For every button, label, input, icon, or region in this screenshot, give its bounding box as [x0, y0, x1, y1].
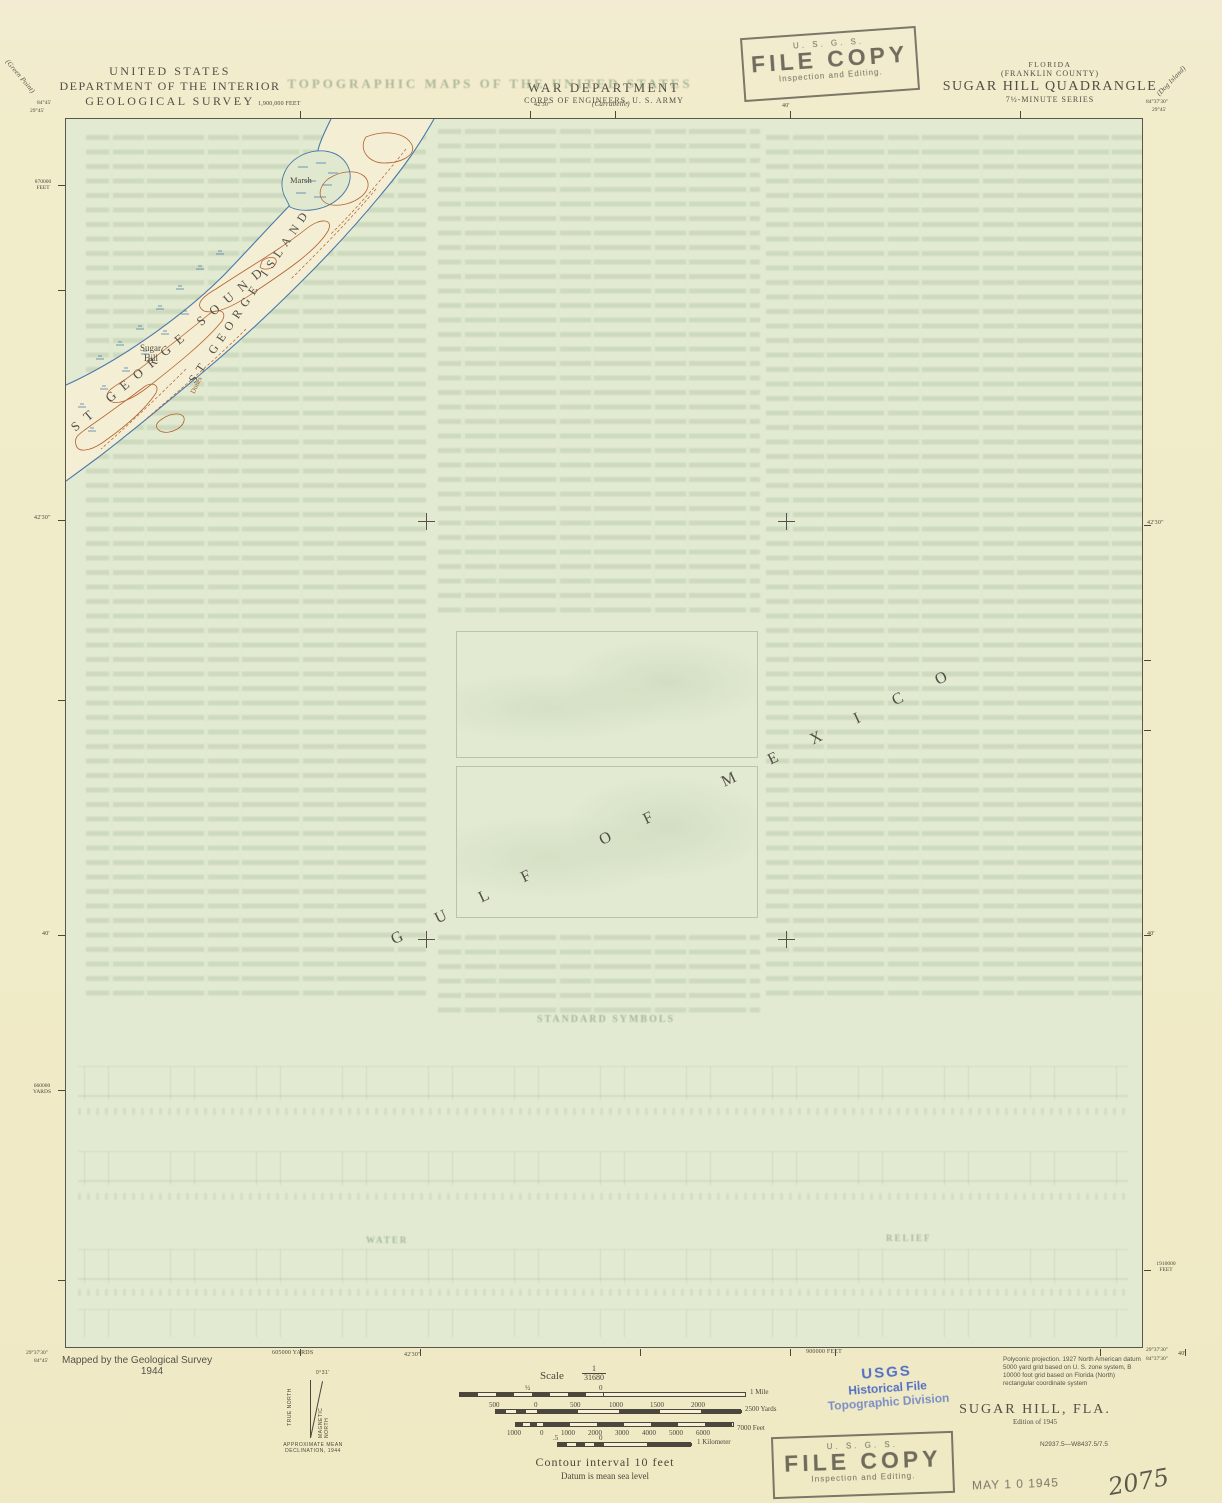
scale-bar-miles: [459, 1392, 746, 1397]
edge-tick: [58, 935, 65, 936]
scale-tick-label: 1000: [561, 1429, 575, 1437]
corner-coord: 29°37'30": [1146, 1347, 1168, 1353]
map-sheet: UNITED STATES DEPARTMENT OF THE INTERIOR…: [0, 0, 1222, 1503]
scale-tick-label: 4000: [642, 1429, 656, 1437]
state-label: FLORIDA: [940, 60, 1160, 69]
corner-coord: 29°45': [1152, 107, 1166, 113]
file-copy-stamp-top: U. S. G. S. FILE COPY Inspection and Edi…: [740, 26, 920, 102]
label-hill: Hill: [144, 353, 161, 363]
scale-end-label: 1 Kilometer: [697, 1438, 731, 1446]
bleedthrough-legend-row: [78, 1066, 1128, 1100]
quadrangle-title: SUGAR HILL QUADRANGLE: [940, 79, 1160, 95]
scale-tick-label: 0: [599, 1434, 603, 1442]
minute-label: 42'30": [34, 515, 51, 521]
minute-label: 40': [782, 103, 790, 109]
quad-title-block: FLORIDA (FRANKLIN COUNTY) SUGAR HILL QUA…: [940, 60, 1160, 104]
edge-tick: [1020, 111, 1021, 118]
edge-tick: [420, 1349, 421, 1356]
grid-label-left-feet: 870000 FEET: [24, 179, 62, 191]
projection-note: Polyconic projection. 1927 North America…: [1003, 1356, 1141, 1388]
mapped-by-credit: Mapped by the Geological Survey 1944: [62, 1355, 242, 1377]
stamp-line: FILE COPY: [774, 1447, 953, 1476]
scale-tick-label: ½: [525, 1384, 530, 1392]
grid-unit: FEET: [1146, 1267, 1186, 1273]
projection-line: 5000 yard grid based on U. S. zone syste…: [1003, 1364, 1141, 1372]
scale-numerator: 1: [582, 1365, 606, 1373]
adjoining-quad-carrabelle: (Carrabelle): [592, 100, 630, 108]
edge-tick: [790, 111, 791, 118]
true-north-label: TRUE NORTH: [287, 1388, 293, 1426]
minute-label: 42'30": [404, 1352, 421, 1358]
scale-tick-label: .5: [553, 1434, 558, 1442]
edge-tick: [615, 111, 616, 118]
mapped-by-line: Mapped by the Geological Survey: [62, 1355, 242, 1366]
corner-coord: 84°45': [37, 100, 51, 106]
declination-diagram: 0°31' TRUE NORTH MAGNETIC NORTH APPROXIM…: [280, 1368, 350, 1468]
edge-tick: [790, 1349, 791, 1356]
scale-tick-label: 2000: [691, 1401, 705, 1409]
county-label: (FRANKLIN COUNTY): [940, 69, 1160, 78]
map-body: STANDARD SYMBOLS WATER RELIEF: [65, 118, 1143, 1348]
declination-caption: APPROXIMATE MEAN DECLINATION, 1944: [258, 1442, 368, 1454]
projection-line: rectangular coordinate system: [1003, 1380, 1141, 1388]
datum-note: Datum is mean sea level: [470, 1471, 740, 1481]
handwritten-number: 2075: [1106, 1463, 1171, 1501]
edge-tick: [58, 1280, 65, 1281]
edge-tick: [1144, 1270, 1151, 1271]
edge-tick: [1144, 935, 1151, 936]
bleedthrough-legend-captions: [78, 1108, 1128, 1115]
scale-tick-label: 1500: [650, 1401, 664, 1409]
edge-tick: [1144, 660, 1151, 661]
graticule-cross: [418, 931, 435, 948]
bleedthrough-legend-row: [78, 1151, 1128, 1185]
corner-coord: 29°45': [30, 108, 44, 114]
scale-tick-label: 5000: [669, 1429, 683, 1437]
map-name-block: SUGAR HILL, FLA. Edition of 1945: [920, 1402, 1150, 1426]
edge-tick: [58, 185, 65, 186]
scale-denominator: 31680: [582, 1373, 606, 1382]
bleedthrough-legend-row: [78, 1249, 1128, 1283]
scale-word: Scale: [540, 1370, 564, 1382]
magnetic-north-label: MAGNETIC NORTH: [318, 1386, 330, 1438]
projection-line: 10000 foot grid based on Florida (North): [1003, 1372, 1141, 1380]
graticule-cross: [418, 513, 435, 530]
label-sugar-hill: Sugar Hill: [140, 343, 161, 363]
edge-tick: [835, 1349, 836, 1356]
corner-coord: 29°37'30": [26, 1350, 48, 1356]
minute-label: 40': [42, 931, 50, 937]
corner-coord: 84°37'30": [1146, 99, 1168, 105]
bleedthrough-relief-heading: RELIEF: [886, 1233, 932, 1243]
scale-bar-kilometer: [557, 1442, 691, 1447]
mapped-year: 1944: [62, 1366, 242, 1377]
edge-tick: [1100, 1349, 1101, 1356]
bleedthrough-legend-row: [78, 1309, 1128, 1337]
scale-tick-label: 3000: [615, 1429, 629, 1437]
graticule-cross: [778, 513, 795, 530]
scale-end-label: 2500 Yards: [745, 1405, 777, 1413]
series-label: 7½-MINUTE SERIES: [940, 95, 1160, 104]
edge-tick: [58, 520, 65, 521]
scale-tick-label: 0: [540, 1429, 544, 1437]
grid-label-left-yards: 660000 YARDS: [22, 1083, 62, 1095]
grid-unit: YARDS: [22, 1089, 62, 1095]
bleedthrough-heading: TOPOGRAPHIC MAPS OF THE UNITED STATES: [250, 76, 730, 92]
grid-label-bottom-yards: 605000 YARDS: [272, 1350, 313, 1356]
edge-tick: [1185, 1349, 1186, 1356]
label-sugar: Sugar: [140, 343, 161, 353]
st-george-island-drawing: [66, 119, 496, 499]
declination-value: 0°31': [316, 1370, 330, 1376]
scale-tick-label: 1000: [609, 1401, 623, 1409]
bleedthrough-legend-captions: [78, 1289, 1128, 1296]
scale-tick-label: 1000: [507, 1429, 521, 1437]
edge-tick: [58, 1090, 65, 1091]
corner-coord: 84°45': [34, 1358, 48, 1364]
bleedthrough-text-column: [766, 135, 1143, 1003]
edge-tick: [530, 111, 531, 118]
edge-tick: [640, 1349, 641, 1356]
grid-unit: FEET: [24, 185, 62, 191]
grid-label-bottom-feet: 900000 FEET: [806, 1349, 842, 1355]
contour-interval-note: Contour interval 10 feet: [470, 1455, 740, 1470]
minute-label: 40': [1147, 931, 1155, 937]
bleedthrough-symbols-heading: STANDARD SYMBOLS: [466, 1014, 746, 1025]
projection-line: Polyconic projection. 1927 North America…: [1003, 1356, 1141, 1364]
declination-caption-line: DECLINATION, 1944: [258, 1448, 368, 1454]
label-marsh: Marsh: [290, 175, 312, 185]
scale-tick-label: 500: [570, 1401, 581, 1409]
reference-number: N2937.5—W8437.5/7.5: [1040, 1441, 1108, 1448]
edge-tick: [300, 1349, 301, 1356]
minute-label: 42'30": [534, 102, 551, 108]
bleedthrough-water-heading: WATER: [366, 1235, 408, 1245]
map-name: SUGAR HILL, FLA.: [920, 1402, 1150, 1418]
graticule-cross: [778, 931, 795, 948]
scale-tick-label: 0: [534, 1401, 538, 1409]
edge-tick: [58, 700, 65, 701]
scale-tick-label: 500: [489, 1401, 500, 1409]
grid-label-right-feet: 1910000 FEET: [1146, 1261, 1186, 1273]
edge-tick: [300, 111, 301, 118]
date-stamp: MAY 1 0 1945: [972, 1475, 1059, 1492]
scale-tick-label: 0: [599, 1384, 603, 1392]
bleedthrough-text-column: [438, 935, 760, 1013]
scanned-topo-map-sheet: { "header": { "agency_left": {"line1": "…: [0, 0, 1222, 1503]
scale-bar-feet: [515, 1422, 734, 1427]
scale-statement: Scale 1 31680: [540, 1370, 564, 1382]
scale-end-label: 7000 Feet: [737, 1424, 765, 1432]
corner-coord: 84°37'30": [1146, 1356, 1168, 1362]
edition-label: Edition of 1945: [920, 1418, 1150, 1426]
scale-end-label: 1 Mile: [750, 1388, 768, 1396]
bleedthrough-legend-captions: [78, 1193, 1128, 1200]
scale-tick-label: 6000: [696, 1429, 710, 1437]
edge-tick: [1144, 525, 1151, 526]
edge-tick: [1144, 730, 1151, 731]
edge-tick: [58, 290, 65, 291]
bleedthrough-figure: [456, 631, 758, 758]
grid-label-top-feet: 1,900,000 FEET: [258, 101, 301, 107]
scale-bar-yards: [495, 1409, 741, 1414]
file-copy-stamp-bottom: U. S. G. S. FILE COPY Inspection and Edi…: [771, 1431, 955, 1499]
